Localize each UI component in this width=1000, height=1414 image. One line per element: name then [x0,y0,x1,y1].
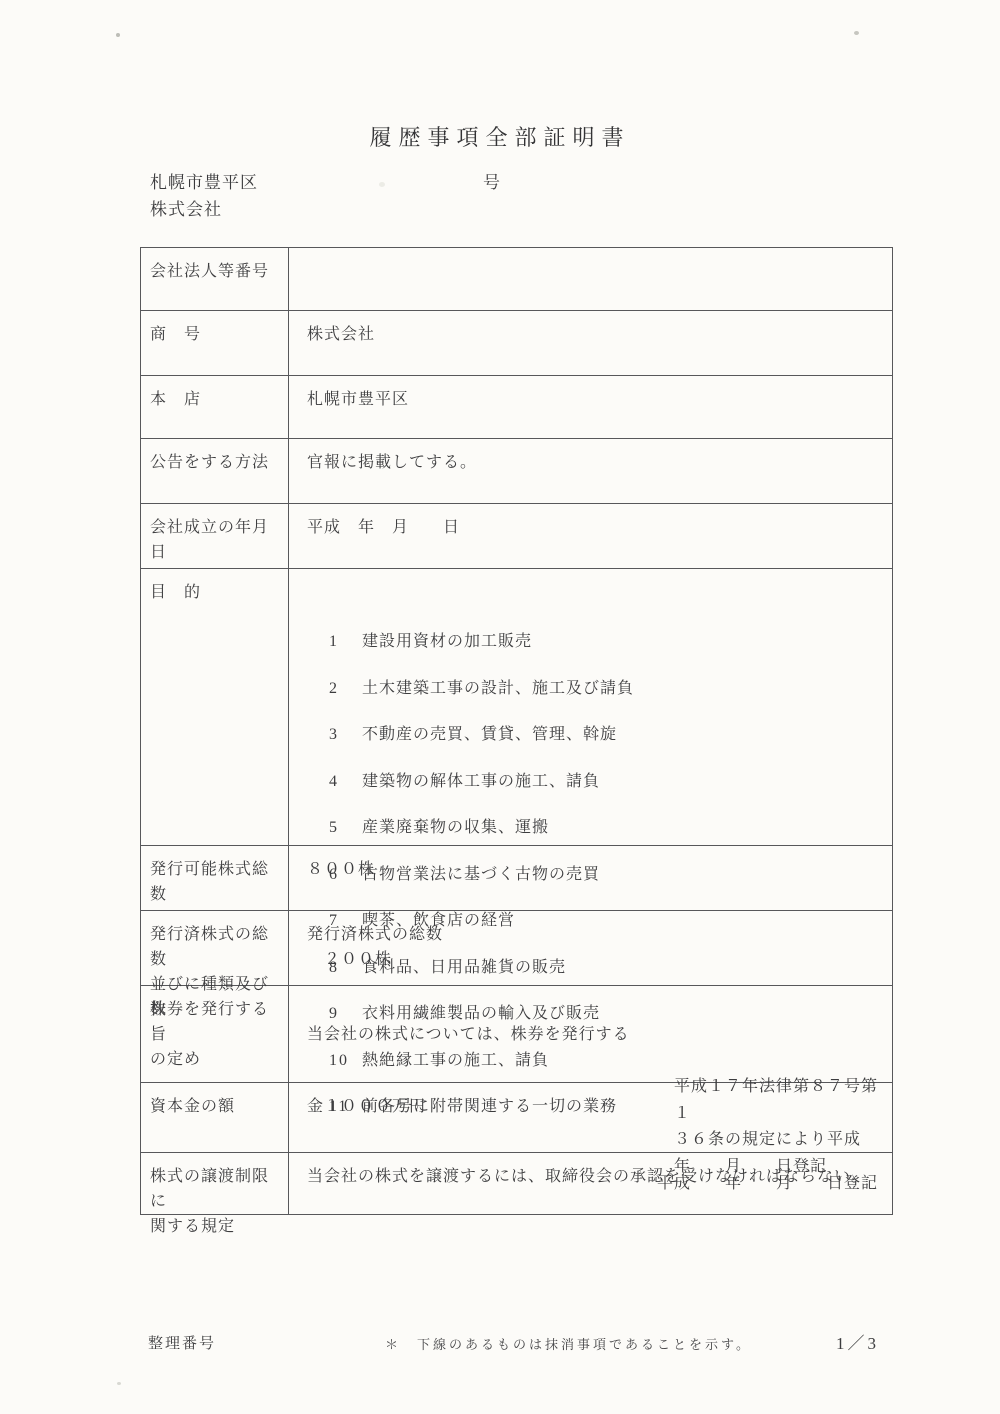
row-value: 札幌市豊平区 [289,376,892,438]
scan-speck [854,31,859,35]
row-value: 平成 年 月 日 [289,504,892,568]
row-label: 株券を発行する旨 の定め [141,986,289,1082]
row-label: 会社法人等番号 [141,248,289,310]
header-company-name: 株式会社 [150,195,222,220]
row-label: 資本金の額 [141,1083,289,1152]
row-label: 本 店 [141,376,289,438]
purpose-item: 3不動産の売買、賃貸、管理、斡旋 [307,724,882,746]
row-value: 官報に掲載してする。 [289,439,892,503]
purpose-number: 2 [329,678,353,700]
row-share-transfer-restriction: 株式の譲渡制限に 関する規定 当会社の株式を譲渡するには、取締役会の承認を受けな… [141,1153,892,1214]
row-business-purpose: 目 的 1建設用資材の加工販売 2土木建築工事の設計、施工及び請負 3不動産の売… [141,569,892,846]
page-title: 履歴事項全部証明書 [0,121,1000,152]
header-address-suffix: 号 [483,168,501,193]
purpose-number: 4 [329,771,353,793]
row-value: 発行済株式の総数 ２００株 [289,911,892,985]
row-label: 目 的 [141,569,289,845]
strikethrough-legend-note: ＊ 下線のあるものは抹消事項であることを示す。 [385,1334,752,1353]
row-label: 発行可能株式総数 [141,846,289,910]
reference-number-label: 整理番号 [148,1332,216,1353]
row-capital-amount: 資本金の額 金１０００万円 [141,1083,892,1153]
row-share-certificates: 株券を発行する旨 の定め 当会社の株式については、株券を発行する 平成１７年法律… [141,986,892,1083]
row-label: 株式の譲渡制限に 関する規定 [141,1153,289,1214]
row-trade-name: 商 号 株式会社 [141,311,892,376]
scan-speck [116,33,120,37]
row-label: 発行済株式の総数 並びに種類及び数 [141,911,289,985]
page-number: 1／3 [836,1329,879,1354]
row-value: 当会社の株式については、株券を発行する 平成１７年法律第８７号第１ ３６条の規定… [289,986,892,1082]
registry-table: 会社法人等番号 商 号 株式会社 本 店 札幌市豊平区 公告をする方法 官報に掲… [140,247,893,1215]
purpose-text: 土木建築工事の設計、施工及び請負 [362,678,634,700]
row-corporate-number: 会社法人等番号 [141,248,892,311]
purpose-item: 4建築物の解体工事の施工、請負 [307,771,882,793]
row-label: 公告をする方法 [141,439,289,503]
row-incorporation-date: 会社成立の年月日 平成 年 月 日 [141,504,892,569]
row-authorized-shares: 発行可能株式総数 ８００株 [141,846,892,911]
purpose-text: 産業廃棄物の収集、運搬 [362,817,549,839]
purpose-text: 建設用資材の加工販売 [362,631,532,653]
purpose-item: 5産業廃棄物の収集、運搬 [307,817,882,839]
row-value [289,248,892,310]
purpose-number: 5 [329,817,353,839]
row-value: 当会社の株式を譲渡するには、取締役会の承認を受けなければならない。 [289,1153,892,1214]
row-label: 商 号 [141,311,289,375]
scan-speck [117,1382,121,1385]
scan-speck [379,182,385,187]
row-head-office: 本 店 札幌市豊平区 [141,376,892,439]
purpose-text: 不動産の売買、賃貸、管理、斡旋 [362,724,617,746]
row-value: 金１０００万円 [289,1083,892,1152]
share-certificate-text: 当会社の株式については、株券を発行する [307,1022,882,1047]
purpose-item: 2土木建築工事の設計、施工及び請負 [307,678,882,700]
row-label: 会社成立の年月日 [141,504,289,568]
row-value: 1建設用資材の加工販売 2土木建築工事の設計、施工及び請負 3不動産の売買、賃貸… [289,569,892,845]
purpose-item: 1建設用資材の加工販売 [307,631,882,653]
header-address: 札幌市豊平区 [150,168,258,193]
purpose-number: 1 [329,631,353,653]
purpose-number: 3 [329,724,353,746]
row-value: ８００株 [289,846,892,910]
row-public-notice-method: 公告をする方法 官報に掲載してする。 [141,439,892,504]
purpose-text: 建築物の解体工事の施工、請負 [362,771,600,793]
row-value: 株式会社 [289,311,892,375]
row-issued-shares: 発行済株式の総数 並びに種類及び数 発行済株式の総数 ２００株 [141,911,892,986]
